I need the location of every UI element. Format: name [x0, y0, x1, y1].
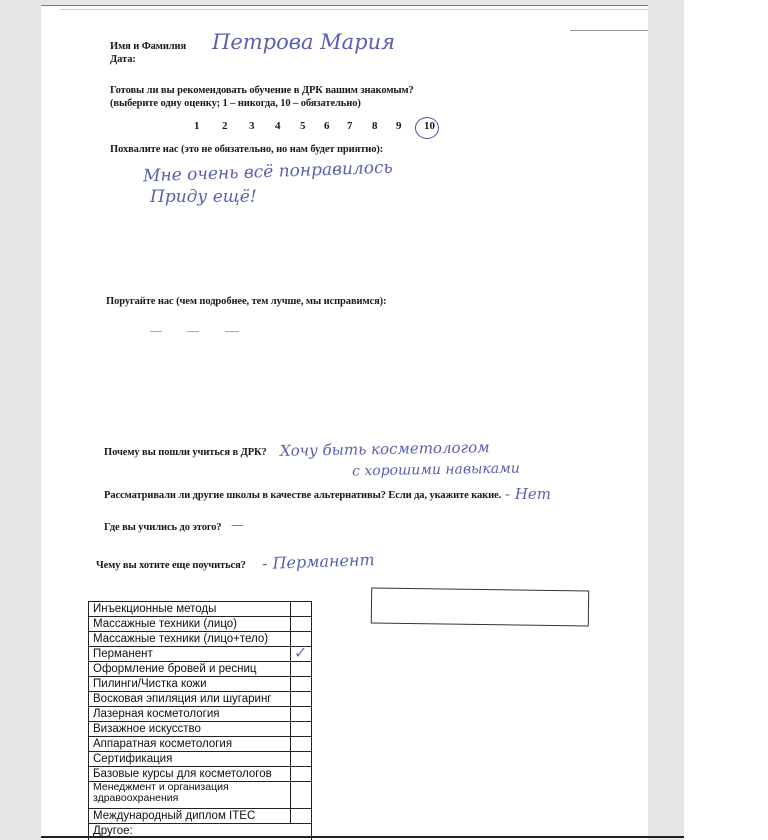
- rating-option-3: 3: [249, 120, 255, 132]
- course-checkbox[interactable]: [291, 602, 311, 616]
- course-checkbox[interactable]: [291, 737, 311, 751]
- scan-artifact-line: [570, 30, 648, 31]
- why-answer-line2: с хорошими навыками: [352, 461, 520, 480]
- course-label: Пилинги/Чистка кожи: [89, 677, 291, 691]
- criticize-dash: [150, 331, 162, 332]
- course-row: Лазерная косметология: [89, 707, 311, 722]
- previous-study-answer: —: [231, 518, 244, 533]
- course-label: Базовые курсы для косметологов: [89, 767, 291, 781]
- viewer-background-right: [648, 0, 684, 840]
- learn-more-answer: - Перманент: [262, 550, 375, 573]
- course-row: Менеджмент и организация здравоохранения: [89, 782, 311, 809]
- page-top-edge: [41, 5, 648, 6]
- course-label: Международный диплом ITEC: [89, 809, 291, 823]
- criticize-dash: [225, 331, 239, 332]
- checkmark-icon: ✓: [294, 643, 307, 662]
- course-checkbox[interactable]: [291, 707, 311, 721]
- course-label: Инъекционные методы: [89, 602, 291, 616]
- course-row: Аппаратная косметология: [89, 737, 311, 752]
- criticize-question: Поругайте нас (чем подробнее, тем лучше,…: [106, 296, 386, 307]
- date-label: Дата:: [110, 54, 136, 65]
- course-checkbox[interactable]: [291, 767, 311, 781]
- course-label: Массажные техники (лицо): [89, 617, 291, 631]
- why-answer-line1: Хочу быть косметологом: [280, 438, 490, 460]
- course-label: Перманент: [89, 647, 291, 661]
- course-row: Восковая эпиляция или шугаринг: [89, 692, 311, 707]
- praise-question: Похвалите нас (это не обязательно, но на…: [110, 144, 383, 155]
- course-checkbox[interactable]: [291, 617, 311, 631]
- course-label: Восковая эпиляция или шугаринг: [89, 692, 291, 706]
- course-row: Инъекционные методы: [89, 602, 311, 617]
- course-checkbox[interactable]: [291, 782, 311, 808]
- alternatives-question: Рассматривали ли другие школы в качестве…: [104, 490, 501, 501]
- previous-study-question: Где вы учились до этого?: [104, 522, 222, 533]
- course-label: Сертификация: [89, 752, 291, 766]
- course-row: Перманент✓: [89, 647, 311, 662]
- why-question: Почему вы пошли учиться в ДРК?: [104, 447, 267, 458]
- learn-more-question: Чему вы хотите еще поучиться?: [96, 560, 246, 571]
- course-checkbox[interactable]: [291, 722, 311, 736]
- selected-score-circle: [415, 117, 439, 139]
- name-value: Петрова Мария: [212, 30, 395, 54]
- course-label: Лазерная косметология: [89, 707, 291, 721]
- rating-option-4: 4: [275, 120, 281, 132]
- course-checkbox[interactable]: [291, 809, 311, 823]
- criticize-dash: [187, 331, 199, 332]
- course-checkbox[interactable]: [291, 692, 311, 706]
- rating-option-7: 7: [347, 120, 353, 132]
- rating-option-5: 5: [300, 120, 306, 132]
- course-label: Массажные техники (лицо+тело): [89, 632, 291, 646]
- rating-option-6: 6: [324, 120, 330, 132]
- course-row: Международный диплом ITEC: [89, 809, 311, 824]
- course-row: Пилинги/Чистка кожи: [89, 677, 311, 692]
- course-label: Визажное искусство: [89, 722, 291, 736]
- course-row: Базовые курсы для косметологов: [89, 767, 311, 782]
- viewer-background-left: [0, 0, 41, 840]
- course-row: Сертификация: [89, 752, 311, 767]
- scan-artifact-line: [60, 9, 648, 10]
- course-row: Визажное искусство: [89, 722, 311, 737]
- rating-option-8: 8: [372, 120, 378, 132]
- rating-option-2: 2: [222, 120, 228, 132]
- course-checkbox[interactable]: ✓: [291, 647, 311, 661]
- rating-option-9: 9: [396, 120, 402, 132]
- course-checkbox[interactable]: [291, 752, 311, 766]
- course-label: Аппаратная косметология: [89, 737, 291, 751]
- course-row: Массажные техники (лицо+тело): [89, 632, 311, 647]
- course-checkbox[interactable]: [291, 677, 311, 691]
- course-row: Массажные техники (лицо): [89, 617, 311, 632]
- courses-table: Инъекционные методыМассажные техники (ли…: [88, 601, 312, 840]
- course-checkbox[interactable]: [291, 662, 311, 676]
- course-label: Оформление бровей и ресниц: [89, 662, 291, 676]
- rating-option-1: 1: [194, 120, 200, 132]
- name-label: Имя и Фамилия: [110, 41, 186, 52]
- page-bottom-edge: [41, 836, 684, 838]
- recommend-hint: (выберите одну оценку; 1 – никогда, 10 –…: [110, 98, 361, 109]
- praise-answer-line2: Приду ещё!: [150, 187, 257, 207]
- recommend-question: Готовы ли вы рекомендовать обучение в ДР…: [110, 85, 414, 96]
- course-label: Менеджмент и организация здравоохранения: [89, 782, 291, 808]
- alternatives-answer: - Нет: [505, 485, 551, 503]
- empty-box: [371, 587, 589, 626]
- course-row: Оформление бровей и ресниц: [89, 662, 311, 677]
